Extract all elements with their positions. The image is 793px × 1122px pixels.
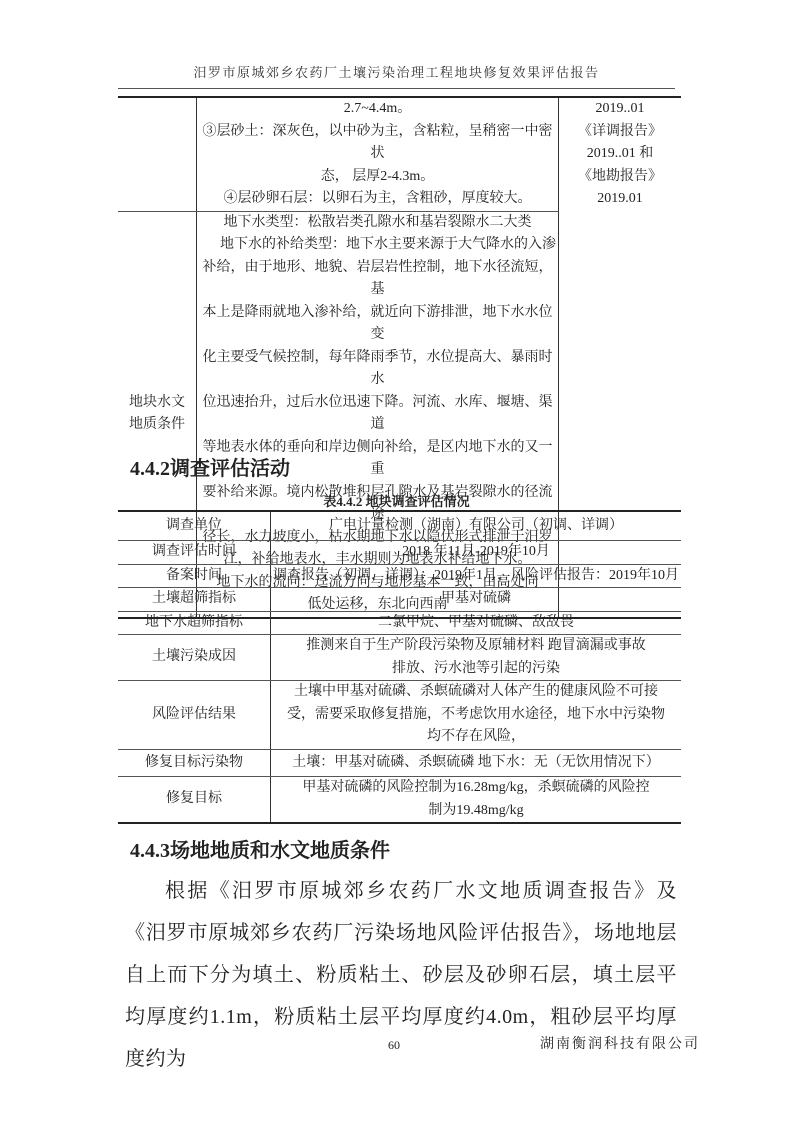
text-line: 地下水的补给类型：地下水主要来源于大气降水的入渗 — [199, 234, 556, 257]
footer-company: 湖南衡润科技有限公司 — [540, 1033, 700, 1053]
row-key: 修复目标 — [118, 777, 271, 823]
section-heading-4-4-3: 4.4.3场地地质和水文地质条件 — [130, 834, 390, 863]
header-rule — [118, 88, 675, 89]
table-row: 调查单位广电计量检测（湖南）有限公司（初调、详调） — [118, 512, 681, 541]
row-value: 甲基对硫磷的风险控制为16.28mg/kg，杀螟硫磷的风险控制为19.48mg/… — [271, 777, 682, 823]
row-key: 备案时间 — [118, 564, 271, 588]
table-row: 风险评估结果土壤中甲基对硫磷、杀螟硫磷对人体产生的健康风险不可接受，需要采取修复… — [118, 681, 681, 750]
source-line: 2019..01 — [561, 98, 679, 121]
table-row: 2.7~4.4m。 ③层砂土：深灰色，以中砂为主，含粘粒，呈稍密一中密状 态， … — [118, 98, 681, 211]
table-row: 土壤超筛指标甲基对硫磷 — [118, 588, 681, 612]
row-key: 土壤超筛指标 — [118, 588, 271, 612]
row-value: 土壤：甲基对硫磷、杀螟硫磷 地下水：无（无饮用情况下） — [271, 749, 682, 777]
table-caption: 表4.4.2 地块调查评估情况 — [0, 491, 793, 510]
section-heading-4-4-2: 4.4.2调查评估活动 — [130, 452, 290, 481]
text-line: 本上是降雨就地入渗补给，就近向下游排泄，地下水水位变 — [199, 302, 556, 347]
table-row: 修复目标污染物土壤：甲基对硫磷、杀螟硫磷 地下水：无（无饮用情况下） — [118, 749, 681, 777]
text-line: 化主要受气候控制，每年降雨季节，水位提高大、暴雨时水 — [199, 347, 556, 392]
text-line: 态， 层厚2-4.3m。 — [199, 166, 556, 189]
row-value: 土壤中甲基对硫磷、杀螟硫磷对人体产生的健康风险不可接受，需要采取修复措施，不考虑… — [271, 681, 682, 750]
table-row: 调查评估时间2018 年11月-2019年10月 — [118, 541, 681, 565]
row-content: 2.7~4.4m。 ③层砂土：深灰色，以中砂为主，含粘粒，呈稍密一中密状 态， … — [197, 98, 559, 211]
row-key: 地下水超筛指标 — [118, 611, 271, 635]
row-key: 修复目标污染物 — [118, 749, 271, 777]
text-line: 补给，由于地形、地貌、岩层岩性控制，地下水径流短，基 — [199, 257, 556, 302]
table-row: 地下水超筛指标二氯甲烷、甲基对硫磷、敌敌畏 — [118, 611, 681, 635]
table-row: 修复目标甲基对硫磷的风险控制为16.28mg/kg，杀螟硫磷的风险控制为19.4… — [118, 777, 681, 823]
text-line: ④层砂卵石层：以卵石为主，含粗砂，厚度较大。 — [199, 188, 556, 211]
survey-assessment-table: 调查单位广电计量检测（湖南）有限公司（初调、详调） 调查评估时间2018 年11… — [118, 510, 681, 824]
table-row: 土壤污染成因推测来自于生产阶段污染物及原辅材料 跑冒滴漏或事故排放、污水池等引起… — [118, 635, 681, 681]
text-line: 2.7~4.4m。 — [199, 98, 556, 121]
row-key: 土壤污染成因 — [118, 635, 271, 681]
page-number: 60 — [388, 1038, 400, 1053]
row-value: 调查报告（初调，详调）：2019年1月，风险评估报告：2019年10月 — [271, 564, 682, 588]
text-line: 地下水类型：松散岩类孔隙水和基岩裂隙水二大类 — [199, 212, 556, 235]
row-value: 2018 年11月-2019年10月 — [271, 541, 682, 565]
row-value: 广电计量检测（湖南）有限公司（初调、详调） — [271, 512, 682, 541]
row-value: 推测来自于生产阶段污染物及原辅材料 跑冒滴漏或事故排放、污水池等引起的污染 — [271, 635, 682, 681]
source-line: 2019..01 和 — [561, 143, 679, 166]
row-key: 调查评估时间 — [118, 541, 271, 565]
label-line: 地质条件 — [120, 414, 194, 437]
table-row: 备案时间调查报告（初调，详调）：2019年1月，风险评估报告：2019年10月 — [118, 564, 681, 588]
source-line: 《地勘报告》 — [561, 166, 679, 189]
row-key: 调查单位 — [118, 512, 271, 541]
source-line: 2019.01 — [561, 188, 679, 211]
label-line: 地块水文 — [120, 392, 194, 415]
source-line: 《详调报告》 — [561, 121, 679, 144]
page-header-title: 汨罗市原城郊乡农药厂土壤污染治理工程地块修复效果评估报告 — [0, 62, 793, 81]
row-value: 甲基对硫磷 — [271, 588, 682, 612]
text-line: ③层砂土：深灰色，以中砂为主，含粘粒，呈稍密一中密状 — [199, 121, 556, 166]
row-value: 二氯甲烷、甲基对硫磷、敌敌畏 — [271, 611, 682, 635]
row-key: 风险评估结果 — [118, 681, 271, 750]
row-label — [118, 98, 197, 211]
text-line: 位迅速抬升，过后水位迅速下降。河流、水库、堰塘、渠道 — [199, 392, 556, 437]
